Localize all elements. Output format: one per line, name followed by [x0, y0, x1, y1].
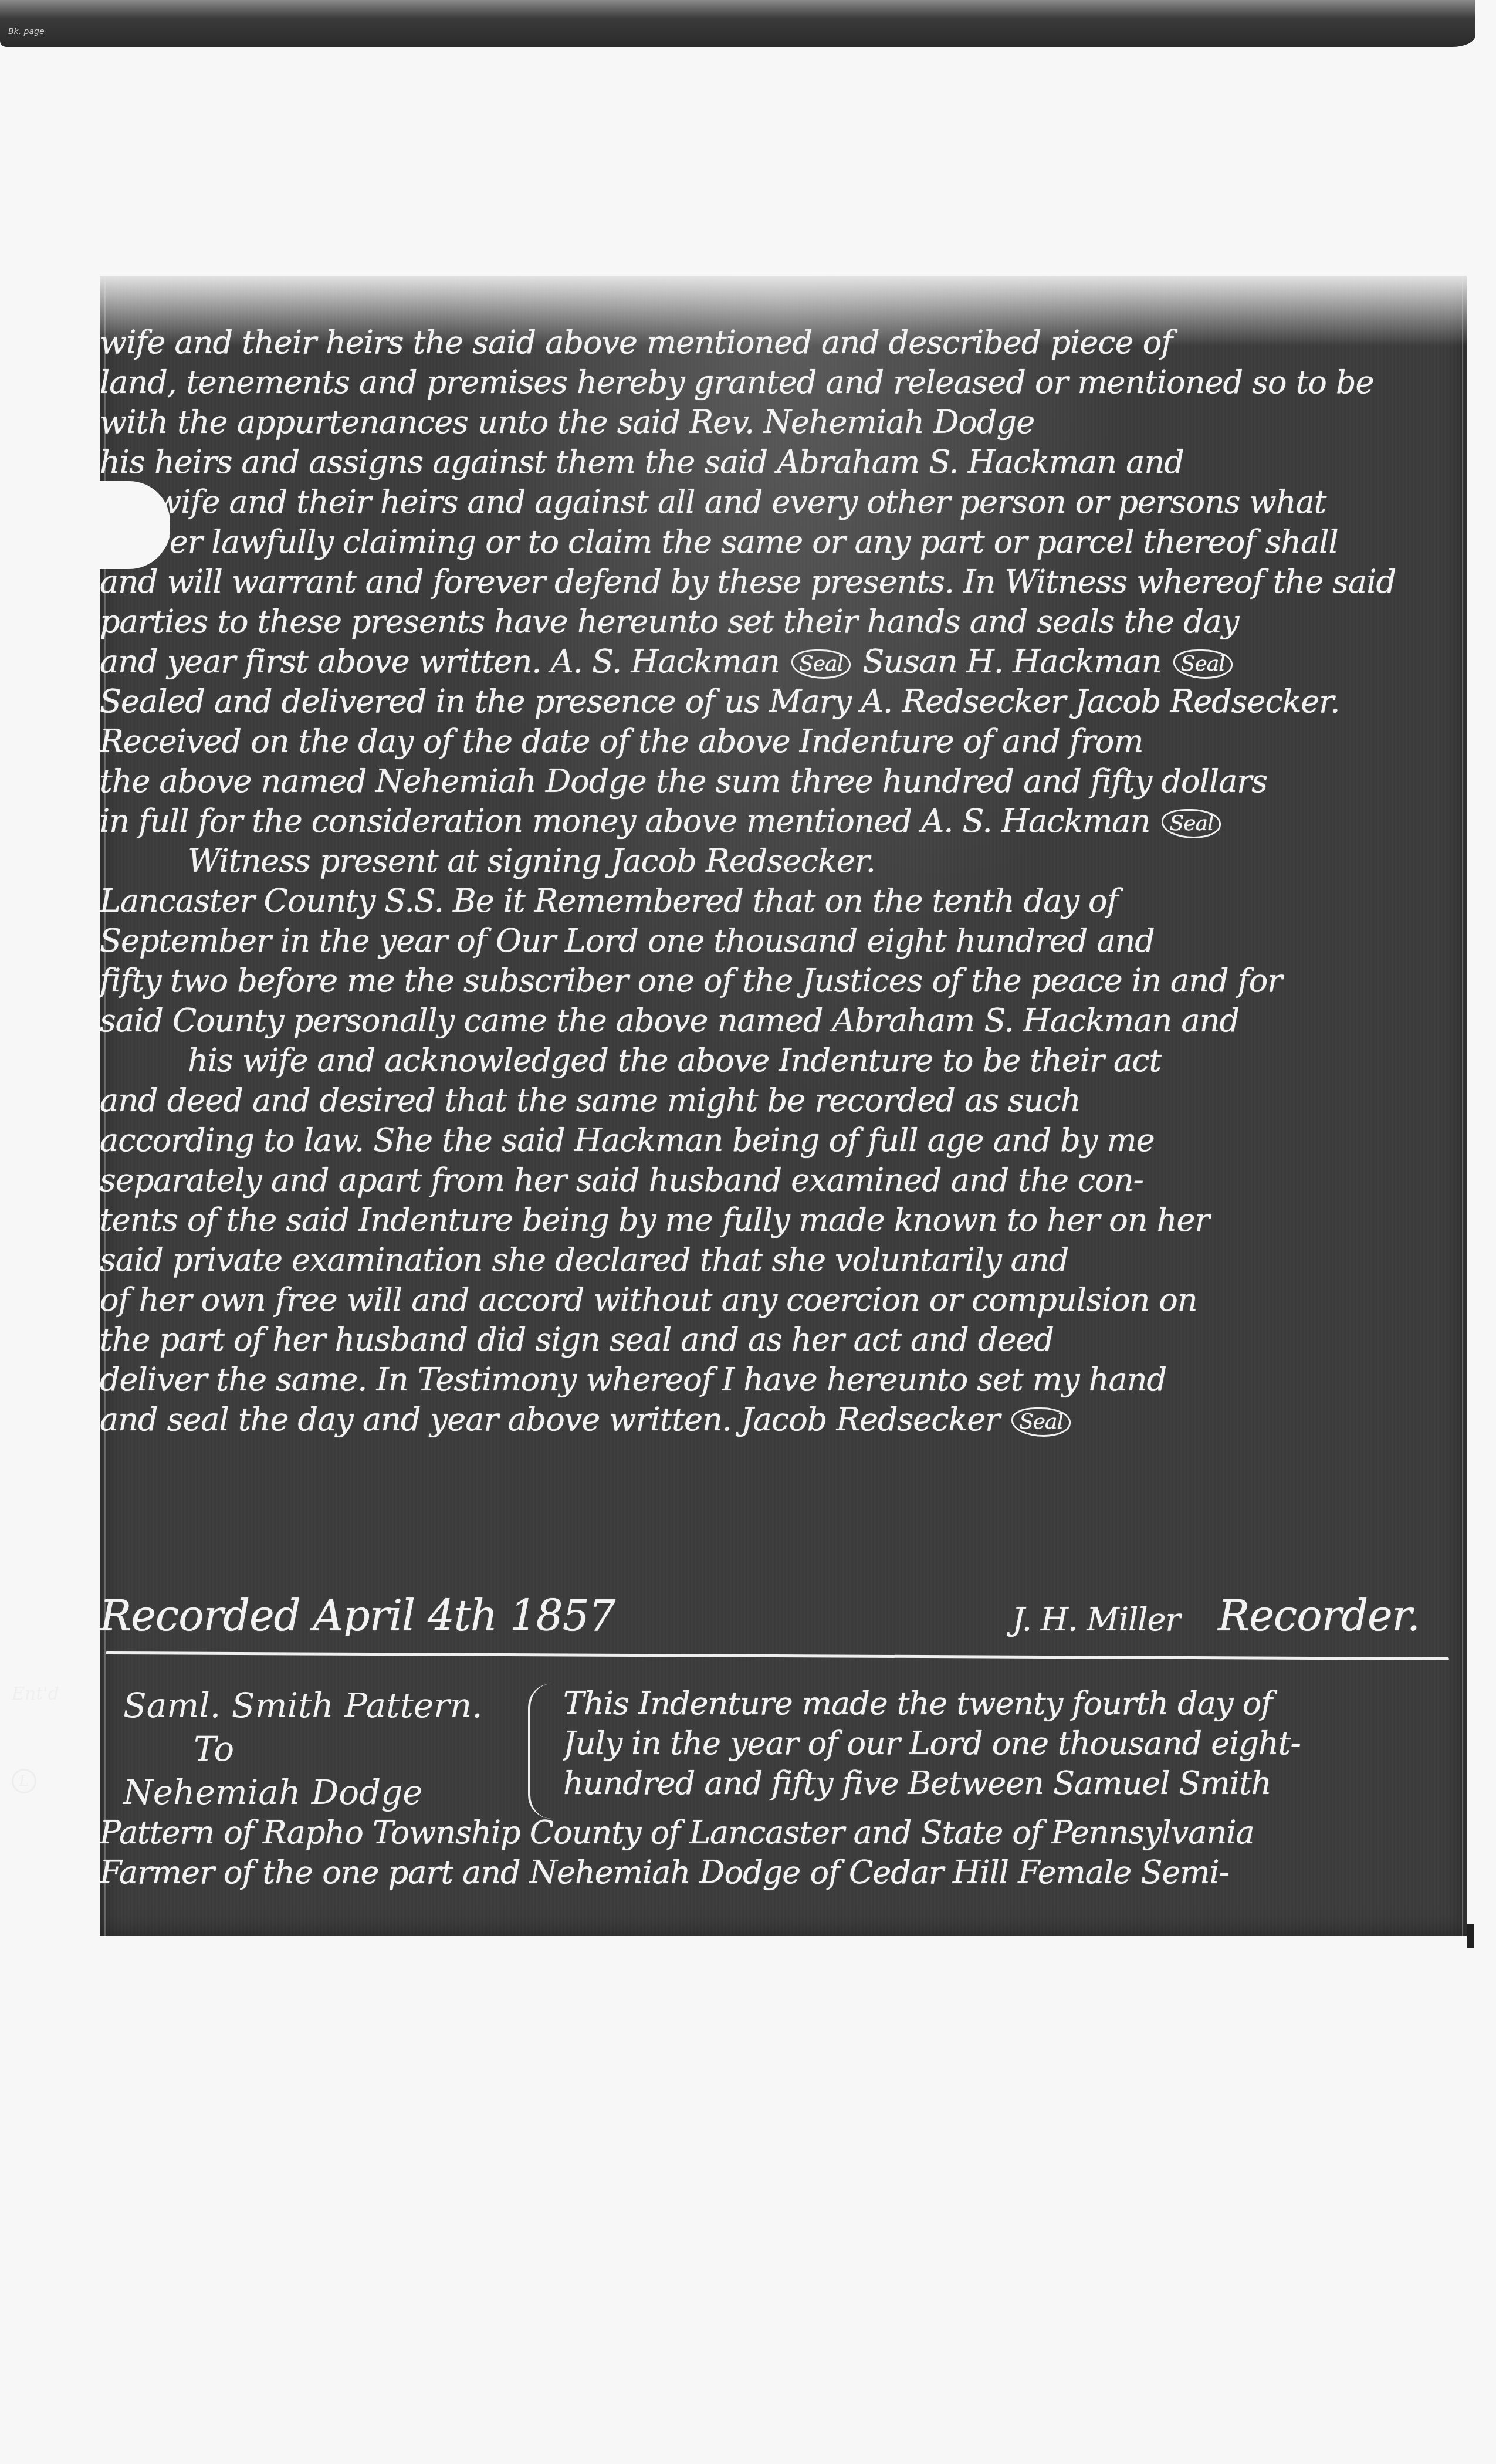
indenture-continuation: Pattern of Rapho Township County of Lanc…	[100, 1813, 1467, 1893]
indenture-line: hundred and fifty five Between Samuel Sm…	[563, 1764, 1455, 1803]
receipt-line: in full for the consideration money abov…	[100, 801, 1467, 841]
text-line: land, tenements and premises hereby gran…	[100, 363, 1467, 402]
recorded-row: Recorded April 4th 1857 J. H. Miller Rec…	[100, 1596, 1443, 1636]
acknowledgment-line: of her own free will and accord without …	[100, 1280, 1467, 1320]
seal-mark: Seal	[1011, 1407, 1071, 1437]
indenture-opening: This Indenture made the twenty fourth da…	[563, 1684, 1455, 1803]
receipt-witness-line: Witness present at signing Jacob Redseck…	[100, 841, 1467, 881]
indenture-line: Farmer of the one part and Nehemiah Dodg…	[100, 1853, 1467, 1893]
text-line: soever lawfully claiming or to claim the…	[100, 522, 1467, 562]
receipt-witness-signature: Jacob Redsecker.	[611, 842, 875, 879]
acknowledgment-line: Lancaster County S.S. Be it Remembered t…	[100, 881, 1467, 921]
recorder-block: J. H. Miller Recorder.	[1012, 1596, 1420, 1636]
text-line: and year first above written.	[100, 643, 541, 680]
acknowledgment-line: said County personally came the above na…	[100, 1001, 1467, 1041]
signature-grantor-wife: Susan H. Hackman	[862, 643, 1161, 680]
seal-mark: Seal	[1173, 649, 1233, 679]
acknowledgment-line: deliver the same. In Testimony whereof I…	[100, 1360, 1467, 1400]
witness-text: Sealed and delivered in the presence of …	[100, 683, 760, 720]
recorder-name: J. H. Miller	[1012, 1601, 1180, 1636]
deed-index-block: Saml. Smith Pattern. To Nehemiah Dodge	[123, 1684, 534, 1814]
witness-line: Sealed and delivered in the presence of …	[100, 682, 1467, 722]
corner-mark: Bk. page	[8, 27, 45, 36]
acknowledgment-line: separately and apart from her said husba…	[100, 1160, 1467, 1200]
recorded-date: Recorded April 4th 1857	[100, 1596, 615, 1636]
acknowledgment-line: the part of her husband did sign seal an…	[100, 1320, 1467, 1360]
acknowledgment-line: tents of the said Indenture being by me …	[100, 1200, 1467, 1240]
recorder-title: Recorder.	[1218, 1596, 1420, 1636]
receipt-line: the above named Nehemiah Dodge the sum t…	[100, 761, 1467, 801]
section-divider	[106, 1651, 1449, 1660]
acknowledgment-signature-line: and seal the day and year above written.…	[100, 1400, 1467, 1440]
acknowledgment-line: and deed and desired that the same might…	[100, 1081, 1467, 1121]
indenture-line: July in the year of our Lord one thousan…	[563, 1724, 1455, 1764]
receipt-text: in full for the consideration money abov…	[100, 803, 912, 840]
text-line: and will warrant and forever defend by t…	[100, 562, 1467, 602]
text-line: his wife and their heirs and against all…	[100, 482, 1467, 522]
text-line: parties to these presents have hereunto …	[100, 602, 1467, 642]
receipt-witness-label: Witness present at signing	[188, 842, 601, 879]
receipt-signature: A. S. Hackman	[921, 803, 1150, 840]
scan-top-border: Bk. page	[0, 0, 1475, 47]
text-line: his heirs and assigns against them the s…	[100, 442, 1467, 482]
indenture-line: This Indenture made the twenty fourth da…	[563, 1684, 1455, 1724]
index-to: To	[123, 1727, 534, 1771]
witness-signature: Jacob Redsecker.	[1075, 683, 1339, 720]
index-grantor: Saml. Smith Pattern.	[123, 1684, 534, 1727]
text-line: with the appurtenances unto the said Rev…	[100, 402, 1467, 442]
indenture-line: Pattern of Rapho Township County of Lanc…	[100, 1813, 1467, 1853]
deed-continuation: wife and their heirs the said above ment…	[100, 323, 1467, 1440]
acknowledgment-line: said private examination she declared th…	[100, 1240, 1467, 1280]
seal-mark: Seal	[791, 649, 851, 679]
margin-note-text: Ent'd	[12, 1684, 59, 1704]
seal-mark: Seal	[1162, 809, 1221, 838]
index-brace	[528, 1684, 554, 1819]
justice-signature: Jacob Redsecker	[741, 1401, 1000, 1438]
text-line: wife and their heirs the said above ment…	[100, 323, 1467, 363]
acknowledgment-line: fifty two before me the subscriber one o…	[100, 961, 1467, 1001]
acknowledgment-line: his wife and acknowledged the above Inde…	[100, 1041, 1467, 1081]
acknowledgment-line: September in the year of Our Lord one th…	[100, 921, 1467, 961]
index-grantee: Nehemiah Dodge	[123, 1771, 534, 1814]
signature-grantor: A. S. Hackman	[551, 643, 780, 680]
witness-signature: Mary A. Redsecker	[769, 683, 1065, 720]
acknowledgment-text: and seal the day and year above written.	[100, 1401, 732, 1438]
deed-record-page: wife and their heirs the said above ment…	[100, 276, 1467, 1936]
signature-line: and year first above written. A. S. Hack…	[100, 642, 1467, 682]
scan-edge-mark	[1467, 1924, 1474, 1948]
margin-entered-note: Ent'd L	[12, 1684, 59, 1793]
margin-circled-mark: L	[12, 1769, 36, 1793]
receipt-line: Received on the day of the date of the a…	[100, 722, 1467, 761]
acknowledgment-line: according to law. She the said Hackman b…	[100, 1121, 1467, 1160]
